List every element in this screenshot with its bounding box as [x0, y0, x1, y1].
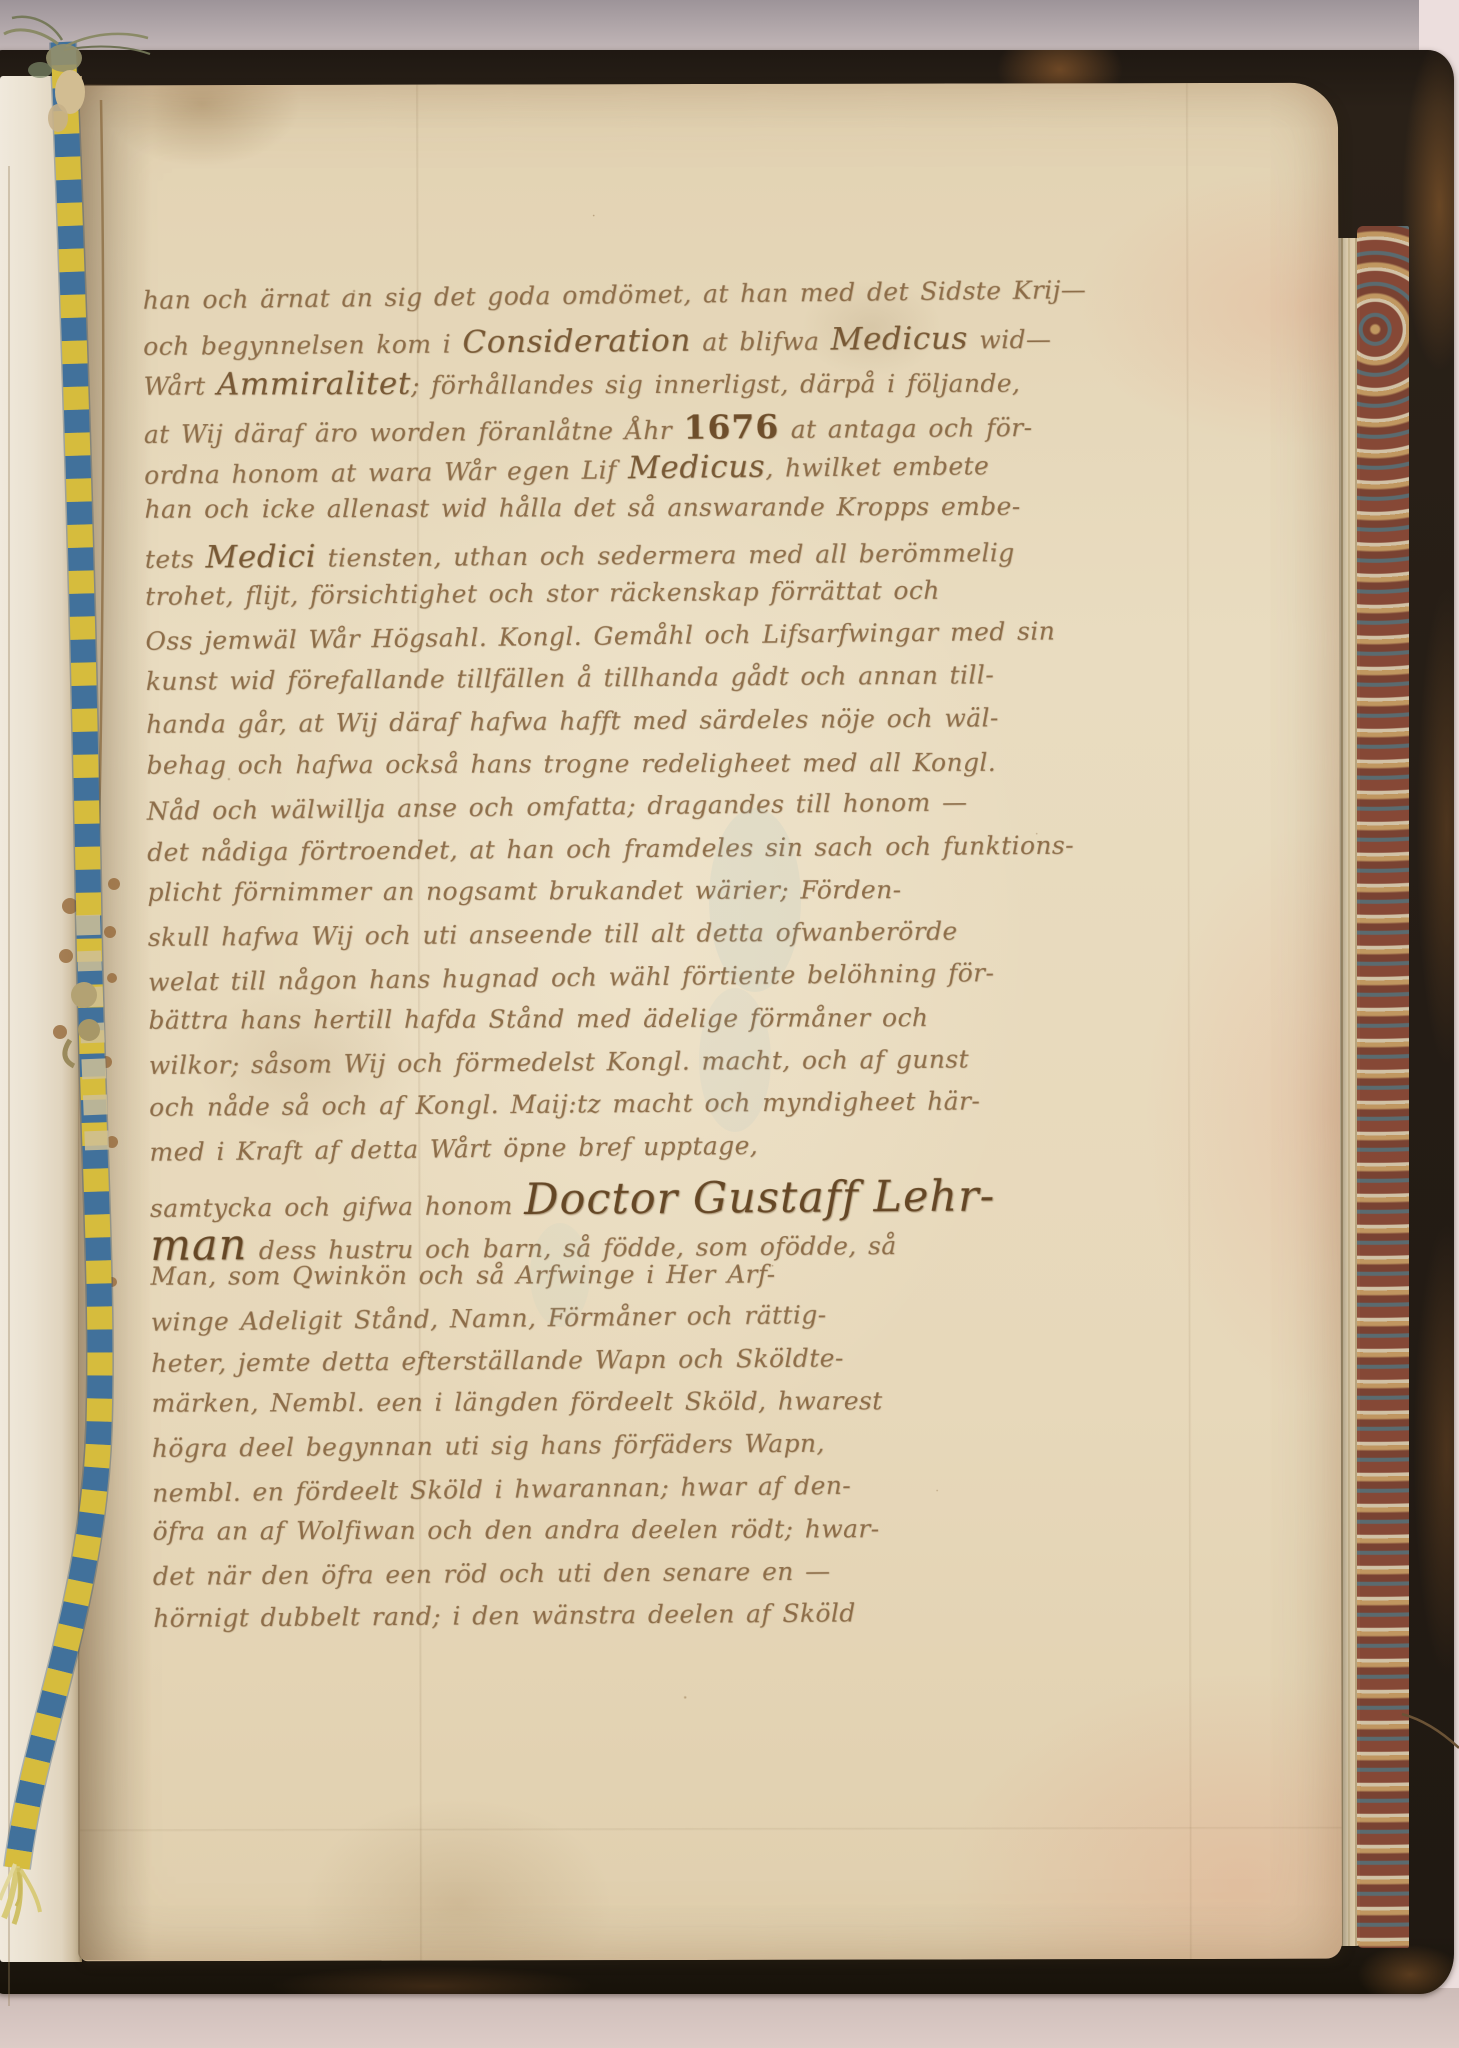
loose-thread [1402, 1714, 1459, 1748]
physical-details-overlay [0, 0, 1459, 2048]
cord-tassel [0, 1864, 40, 1924]
scanned-book-photo: han och ärnat an sig det goda omdömet, a… [0, 0, 1459, 2048]
binding-cord [17, 42, 100, 1868]
ink-ghost-stains [530, 808, 801, 1327]
